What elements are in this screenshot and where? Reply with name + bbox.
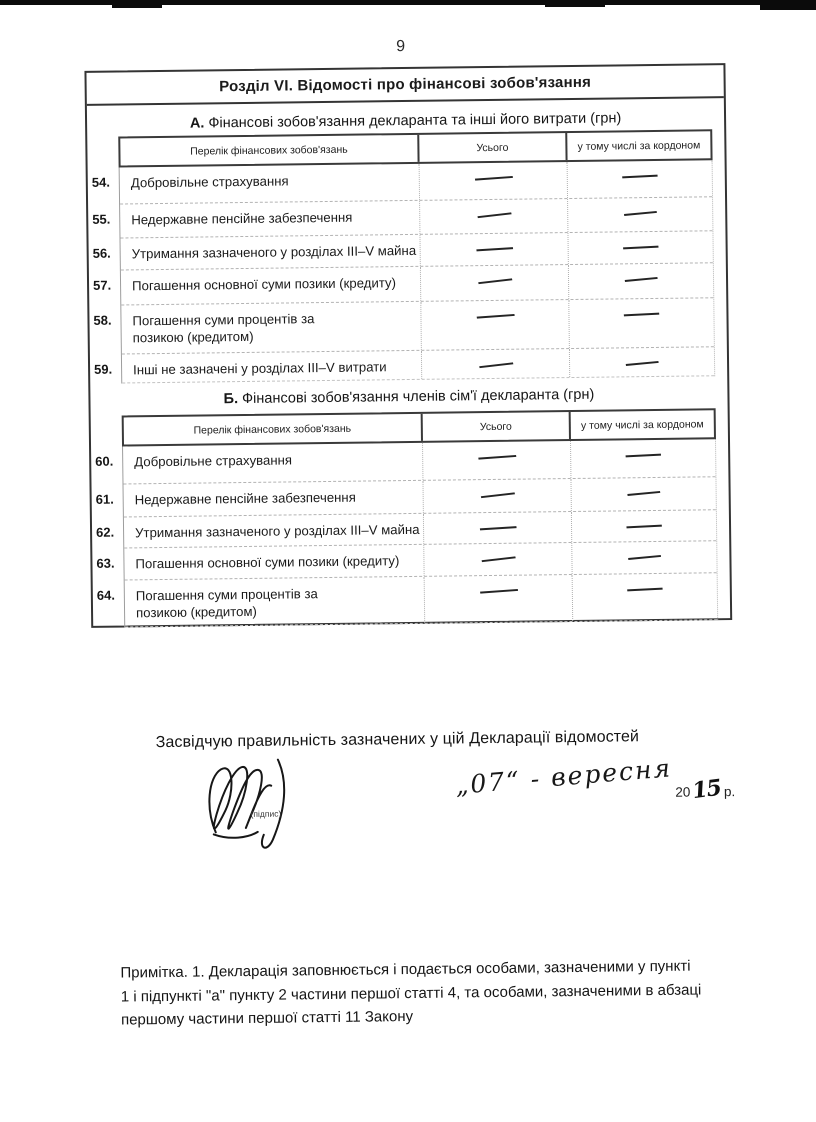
row-label: Недержавне пенсійне забезпечення xyxy=(123,481,422,517)
row-label: Добровільне страхування xyxy=(120,164,419,204)
handwritten-dash: — xyxy=(623,352,662,373)
column-header-list: Перелік фінансових зобов'язань xyxy=(120,135,419,166)
abroad-value-cell: — xyxy=(571,541,716,574)
certification-statement: Засвідчую правильність зазначених у цій … xyxy=(156,728,640,752)
row-number: 62. xyxy=(96,525,120,540)
row-number: 60. xyxy=(95,454,119,469)
row-number: 54. xyxy=(92,175,116,190)
column-header-list: Перелік фінансових зобов'язань xyxy=(124,414,423,445)
handwritten-year: 15 xyxy=(691,775,723,805)
handwritten-date: „07“ - вересня xyxy=(454,753,673,800)
row-number: 59. xyxy=(94,362,118,377)
total-value-cell: — xyxy=(421,349,569,379)
handwritten-dash: — xyxy=(475,353,516,375)
total-value-cell: — xyxy=(422,479,570,513)
table-declarant-obligations: Перелік фінансових зобов'язань Усього у … xyxy=(118,129,715,383)
page-number: 9 xyxy=(396,38,405,56)
section-title: Розділ VI. Відомості про фінансові зобов… xyxy=(86,65,723,106)
total-value-cell: — xyxy=(423,512,571,544)
row-label: Інші не зазначені у розділах III–V витра… xyxy=(122,351,421,383)
handwritten-dash: — xyxy=(473,203,514,225)
handwritten-dash: — xyxy=(624,482,663,503)
row-label: Утримання зазначеного у розділах III–V м… xyxy=(124,514,423,548)
handwritten-dash: — xyxy=(623,444,664,464)
signature-scribble xyxy=(199,749,330,851)
page-content: 9 Розділ VI. Відомості про фінансові зоб… xyxy=(0,0,816,1122)
abroad-value-cell: — xyxy=(569,347,714,377)
row-label: Погашення суми процентів за позикою (кре… xyxy=(125,577,425,627)
abroad-value-cell: — xyxy=(567,197,712,232)
row-label: Погашення суми процентів за позикою (кре… xyxy=(121,302,421,354)
column-header-abroad: у тому числі за кордоном xyxy=(571,410,714,439)
row-number: 61. xyxy=(96,492,120,507)
handwritten-dash: — xyxy=(621,202,660,223)
column-header-total: Усього xyxy=(423,412,571,441)
table-family-obligations: Перелік фінансових зобов'язань Усього у … xyxy=(122,408,719,627)
total-value-cell: — xyxy=(419,233,567,266)
part-a-letter: А. xyxy=(190,115,205,131)
row-label: Погашення основної суми позики (кредиту) xyxy=(121,267,420,305)
table-body: 54. Добровільне страхування — — 55. Неде… xyxy=(119,160,716,383)
handwritten-dash: — xyxy=(474,269,515,291)
abroad-value-cell: — xyxy=(567,231,712,264)
row-number: 64. xyxy=(97,588,121,603)
handwritten-dash: — xyxy=(621,303,662,323)
total-value-cell: — xyxy=(419,199,567,234)
handwritten-dash: — xyxy=(473,238,516,258)
row-number: 63. xyxy=(96,556,120,571)
handwritten-dash: — xyxy=(622,268,661,289)
table-body: 60. Добровільне страхування — — 61. Неде… xyxy=(122,439,718,627)
total-value-cell: — xyxy=(424,575,573,623)
footnote: Примітка. 1. Декларація заповнюється і п… xyxy=(120,954,757,1032)
table-row: 59. Інші не зазначені у розділах III–V в… xyxy=(122,347,714,383)
total-value-cell: — xyxy=(420,265,568,301)
row-number: 56. xyxy=(93,246,117,261)
row-number: 55. xyxy=(92,212,116,227)
row-label: Добровільне страхування xyxy=(123,443,422,484)
handwritten-dash: — xyxy=(471,167,515,188)
part-b-heading-text: Фінансові зобов'язання членів сім'ї декл… xyxy=(242,387,594,407)
abroad-value-cell: — xyxy=(571,510,716,542)
table-row: 64. Погашення суми процентів за позикою … xyxy=(125,573,718,627)
handwritten-dash: — xyxy=(624,578,665,598)
part-b-heading: Б. Фінансові зобов'язання членів сім'ї д… xyxy=(90,385,727,409)
year-prefix: 20 xyxy=(675,785,690,800)
handwritten-dash: — xyxy=(477,483,518,505)
row-label: Недержавне пенсійне забезпечення xyxy=(120,201,419,238)
handwritten-dash: — xyxy=(473,305,517,326)
date-year: 2015р. xyxy=(675,776,735,803)
column-header-abroad: у тому числі за кордоном xyxy=(567,131,710,160)
handwritten-dash: — xyxy=(620,236,661,256)
total-value-cell: — xyxy=(420,300,569,350)
handwritten-dash: — xyxy=(625,546,664,567)
row-label: Погашення основної суми позики (кредиту) xyxy=(124,545,423,580)
handwritten-dash: — xyxy=(477,547,518,569)
handwritten-dash: — xyxy=(474,445,518,466)
part-b-letter: Б. xyxy=(224,391,239,407)
year-suffix: р. xyxy=(724,784,735,799)
abroad-value-cell: — xyxy=(567,160,712,198)
handwritten-dash: — xyxy=(619,165,660,185)
abroad-value-cell: — xyxy=(568,298,714,348)
scanned-declaration-page: 9 Розділ VI. Відомості про фінансові зоб… xyxy=(0,0,816,1122)
handwritten-dash: — xyxy=(624,515,665,535)
row-label: Утримання зазначеного у розділах III–V м… xyxy=(120,235,419,270)
handwritten-dash: — xyxy=(476,579,520,600)
abroad-value-cell: — xyxy=(568,263,713,299)
total-value-cell: — xyxy=(422,441,570,480)
row-number: 57. xyxy=(93,278,117,293)
column-header-total: Усього xyxy=(419,133,567,162)
handwritten-dash: — xyxy=(476,517,519,537)
abroad-value-cell: — xyxy=(570,439,715,478)
section-vi-box: Розділ VI. Відомості про фінансові зобов… xyxy=(84,63,732,628)
signature-caption: (підпис) xyxy=(250,809,281,819)
abroad-value-cell: — xyxy=(570,477,715,511)
part-a-heading-text: Фінансові зобов'язання декларанта та інш… xyxy=(208,110,621,131)
total-value-cell: — xyxy=(419,162,567,200)
total-value-cell: — xyxy=(423,543,571,576)
abroad-value-cell: — xyxy=(572,573,718,621)
row-number: 58. xyxy=(93,313,117,328)
